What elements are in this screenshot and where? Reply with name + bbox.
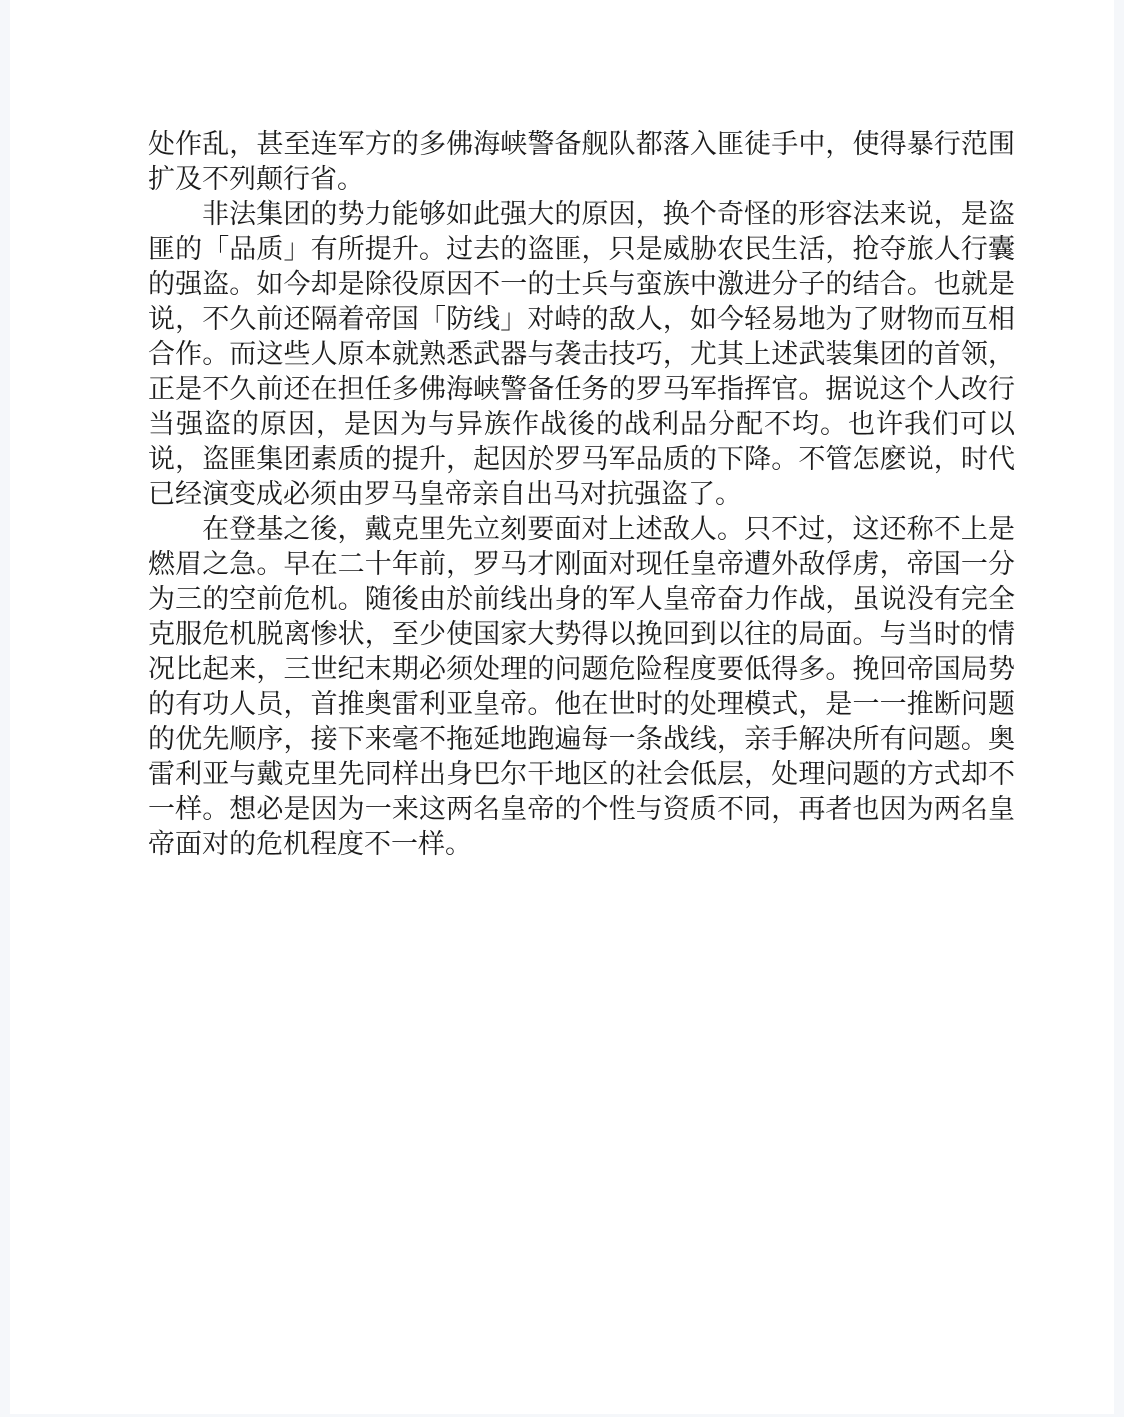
page-text: 处作乱，甚至连军方的多佛海峡警备舰队都落入匪徒手中，使得暴行范围扩及不列颠行省。… — [148, 127, 1015, 862]
paragraph: 非法集团的势力能够如此强大的原因，换个奇怪的形容法来说，是盗匪的「品质」有所提升… — [148, 197, 1015, 512]
paragraph: 处作乱，甚至连军方的多佛海峡警备舰队都落入匪徒手中，使得暴行范围扩及不列颠行省。 — [148, 127, 1015, 197]
book-page: 处作乱，甚至连军方的多佛海峡警备舰队都落入匪徒手中，使得暴行范围扩及不列颠行省。… — [10, 0, 1114, 1414]
paragraph: 在登基之後，戴克里先立刻要面对上述敌人。只不过，这还称不上是燃眉之急。早在二十年… — [148, 512, 1015, 862]
reader-background: 处作乱，甚至连军方的多佛海峡警备舰队都落入匪徒手中，使得暴行范围扩及不列颠行省。… — [0, 0, 1124, 1417]
